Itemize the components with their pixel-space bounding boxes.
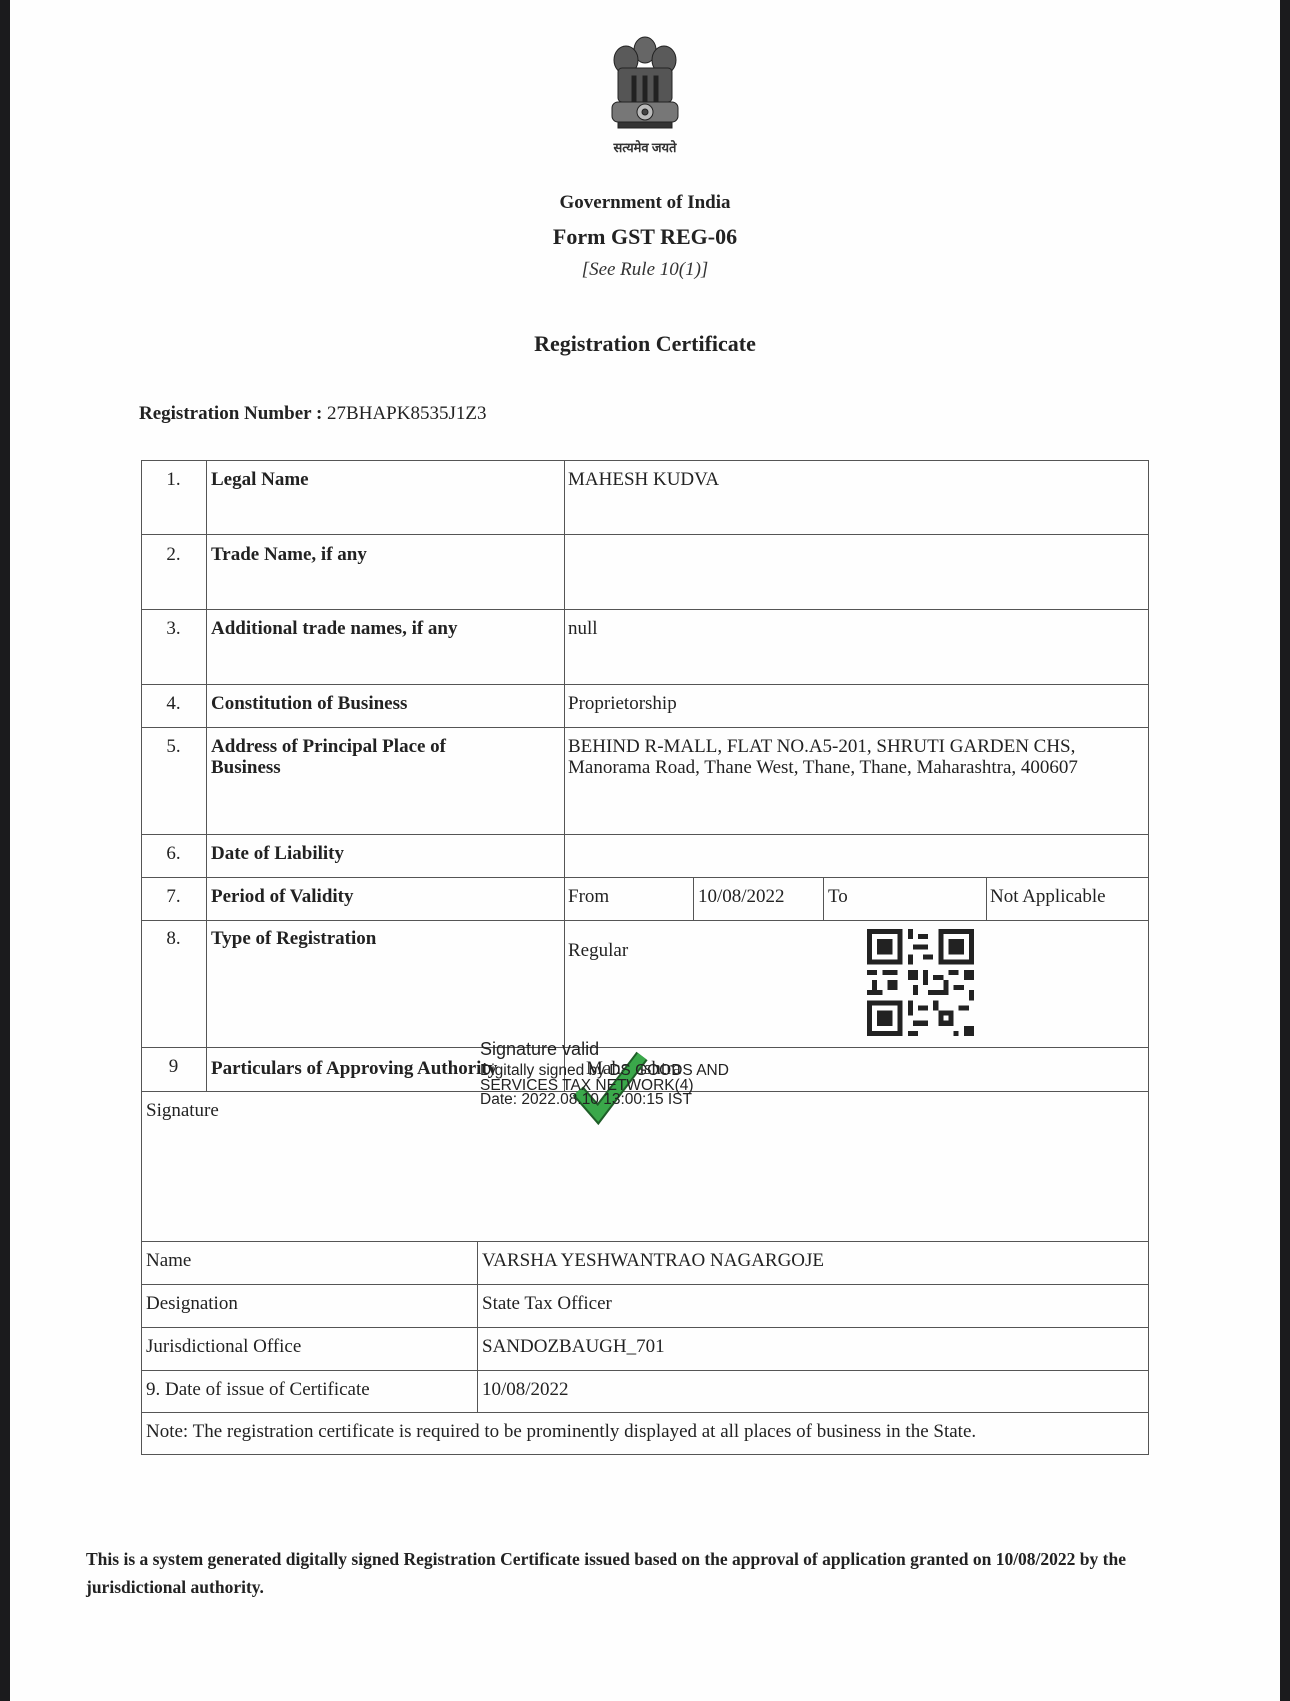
validity-to-label: To xyxy=(828,886,848,907)
jurisdictional-office-value: SANDOZBAUGH_701 xyxy=(482,1336,665,1358)
jurisdictional-office-label: Jurisdictional Office xyxy=(146,1336,301,1358)
type-of-registration-label: Type of Registration xyxy=(211,928,376,949)
designation-label: Designation xyxy=(146,1293,238,1315)
address-value: BEHIND R-MALL, FLAT NO.A5-201, SHRUTI GA… xyxy=(568,736,1146,778)
designation-value: State Tax Officer xyxy=(482,1293,612,1315)
validity-to-date: Not Applicable xyxy=(990,886,1106,907)
row-number: 9 xyxy=(141,1056,206,1078)
address-label: Address of Principal Place of Business xyxy=(211,736,511,778)
authority-name-label: Name xyxy=(146,1250,191,1272)
registration-number-label: Registration Number : xyxy=(139,403,322,424)
signature-status: Signature valid xyxy=(480,1040,729,1058)
row-number: 8. xyxy=(141,928,206,950)
trade-name-label: Trade Name, if any xyxy=(211,544,367,565)
validity-from-label: From xyxy=(568,886,609,907)
certificate-title: Registration Certificate xyxy=(0,331,1290,357)
registration-number-value: 27BHAPK8535J1Z3 xyxy=(327,403,486,424)
validity-from-date: 10/08/2022 xyxy=(698,886,785,907)
government-title: Government of India xyxy=(0,192,1290,214)
row-number: 3. xyxy=(141,618,206,640)
period-of-validity-label: Period of Validity xyxy=(211,886,354,907)
registration-number: Registration Number : 27BHAPK8535J1Z3 xyxy=(139,403,486,425)
row-number: 4. xyxy=(141,693,206,715)
national-emblem-icon xyxy=(604,28,686,136)
date-of-liability-label: Date of Liability xyxy=(211,843,344,864)
display-note: Note: The registration certificate is re… xyxy=(146,1421,976,1443)
legal-name-label: Legal Name xyxy=(211,469,309,490)
date-of-issue-label: 9. Date of issue of Certificate xyxy=(146,1379,370,1401)
constitution-label: Constitution of Business xyxy=(211,693,407,714)
form-name: Form GST REG-06 xyxy=(0,224,1290,250)
constitution-value: Proprietorship xyxy=(568,693,677,714)
date-of-issue-value: 10/08/2022 xyxy=(482,1379,569,1401)
system-generated-footer: This is a system generated digitally sig… xyxy=(86,1545,1216,1601)
signature-label: Signature xyxy=(146,1100,219,1122)
digital-signature-block[interactable]: Signature valid Digitally signed by DS G… xyxy=(480,1040,729,1108)
row-number: 7. xyxy=(141,886,206,908)
qr-code-icon xyxy=(867,929,974,1036)
authority-name-value: VARSHA YESHWANTRAO NAGARGOJE xyxy=(482,1250,824,1272)
emblem-motto: सत्यमेव जयते xyxy=(560,138,730,156)
rule-reference: [See Rule 10(1)] xyxy=(0,259,1290,281)
type-of-registration-value: Regular xyxy=(568,940,628,961)
row-number: 5. xyxy=(141,736,206,758)
row-number: 6. xyxy=(141,843,206,865)
legal-name-value: MAHESH KUDVA xyxy=(568,469,719,490)
additional-trade-names-label: Additional trade names, if any xyxy=(211,618,458,639)
row-number: 1. xyxy=(141,469,206,491)
row-number: 2. xyxy=(141,544,206,566)
signature-date: Date: 2022.08.10 13:00:15 IST xyxy=(480,1093,729,1108)
approving-authority-label: Particulars of Approving Authority xyxy=(211,1058,497,1079)
additional-trade-names-value: null xyxy=(568,618,598,639)
